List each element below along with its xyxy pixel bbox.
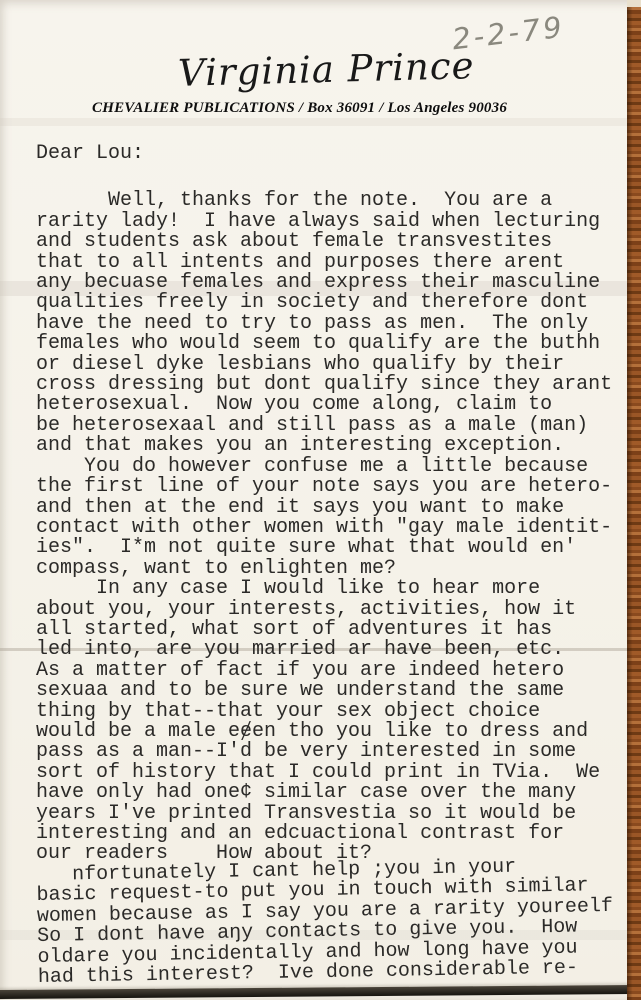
scanned-letter-page: 2-2-79 Virginia Prince CHEVALIER PUBLICA… <box>0 0 641 1000</box>
letterhead-script-logo: Virginia Prince <box>177 44 474 95</box>
wood-desk-edge <box>627 0 641 1000</box>
salutation: Dear Lou: <box>36 144 612 164</box>
paragraph-2: You do however confuse me a little becau… <box>36 457 612 579</box>
publisher-address-line: CHEVALIER PUBLICATIONS / Box 36091 / Los… <box>92 100 507 117</box>
scan-streak <box>0 118 641 126</box>
letter-body: Dear Lou: Well, thanks for the note. You… <box>36 144 612 988</box>
paragraph-1: Well, thanks for the note. You are a rar… <box>36 191 612 456</box>
paragraph-4: nfortunately I cant help ;you in your ba… <box>36 856 614 988</box>
paragraph-3: In any case I would like to hear more ab… <box>36 579 612 865</box>
